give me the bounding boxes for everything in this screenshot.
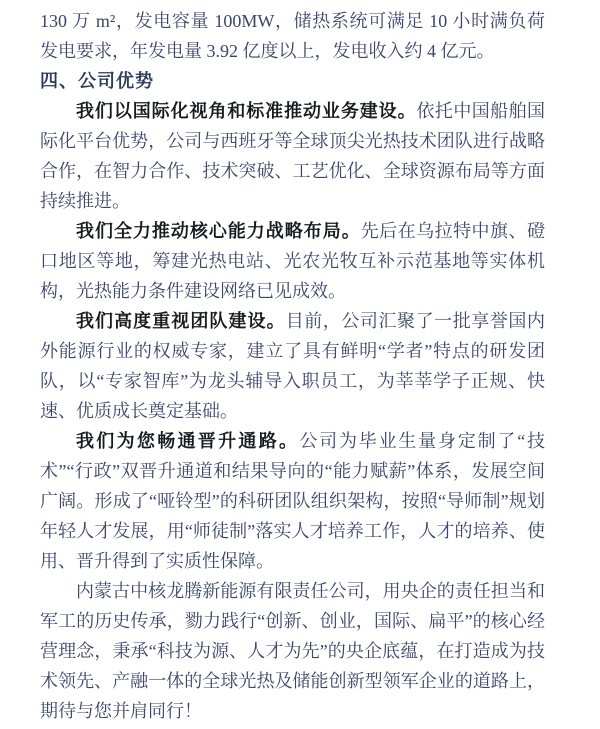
paragraph-intro-continuation: 130 万 m²，发电容量 100MW，储热系统可满足 10 小时满负荷发电要求… (40, 6, 545, 66)
paragraph-closing: 内蒙古中核龙腾新能源有限责任公司，用央企的责任担当和军工的历史传承，勠力践行“创… (40, 576, 545, 726)
paragraph-international-strategy: 我们以国际化视角和标准推动业务建设。依托中国船舶国际化平台优势，公司与西班牙等全… (40, 96, 545, 216)
paragraph-text: 内蒙古中核龙腾新能源有限责任公司，用央企的责任担当和军工的历史传承，勠力践行“创… (40, 581, 545, 721)
paragraph-promotion-path: 我们为您畅通晋升通路。公司为毕业生量身定制了“技术”“行政”双晋升通道和结果导向… (40, 426, 545, 576)
paragraph-core-capability: 我们全力推动核心能力战略布局。先后在乌拉特中旗、磴口地区等地，筹建光热电站、光农… (40, 216, 545, 306)
paragraph-lead: 我们高度重视团队建设。 (76, 311, 286, 331)
paragraph-lead: 我们为您畅通晋升通路。 (76, 431, 299, 451)
paragraph-text: 公司为毕业生量身定制了“技术”“行政”双晋升通道和结果导向的“能力赋薪”体系，发… (40, 431, 545, 571)
paragraph-lead: 我们以国际化视角和标准推动业务建设。 (76, 101, 417, 121)
section-heading: 四、公司优势 (40, 66, 545, 96)
paragraph-team-building: 我们高度重视团队建设。目前，公司汇聚了一批享誉国内外能源行业的权威专家，建立了具… (40, 306, 545, 426)
paragraph-lead: 我们全力推动核心能力战略布局。 (76, 221, 361, 241)
document-page: 130 万 m²，发电容量 100MW，储热系统可满足 10 小时满负荷发电要求… (0, 0, 600, 729)
document-body: 130 万 m²，发电容量 100MW，储热系统可满足 10 小时满负荷发电要求… (40, 6, 545, 726)
